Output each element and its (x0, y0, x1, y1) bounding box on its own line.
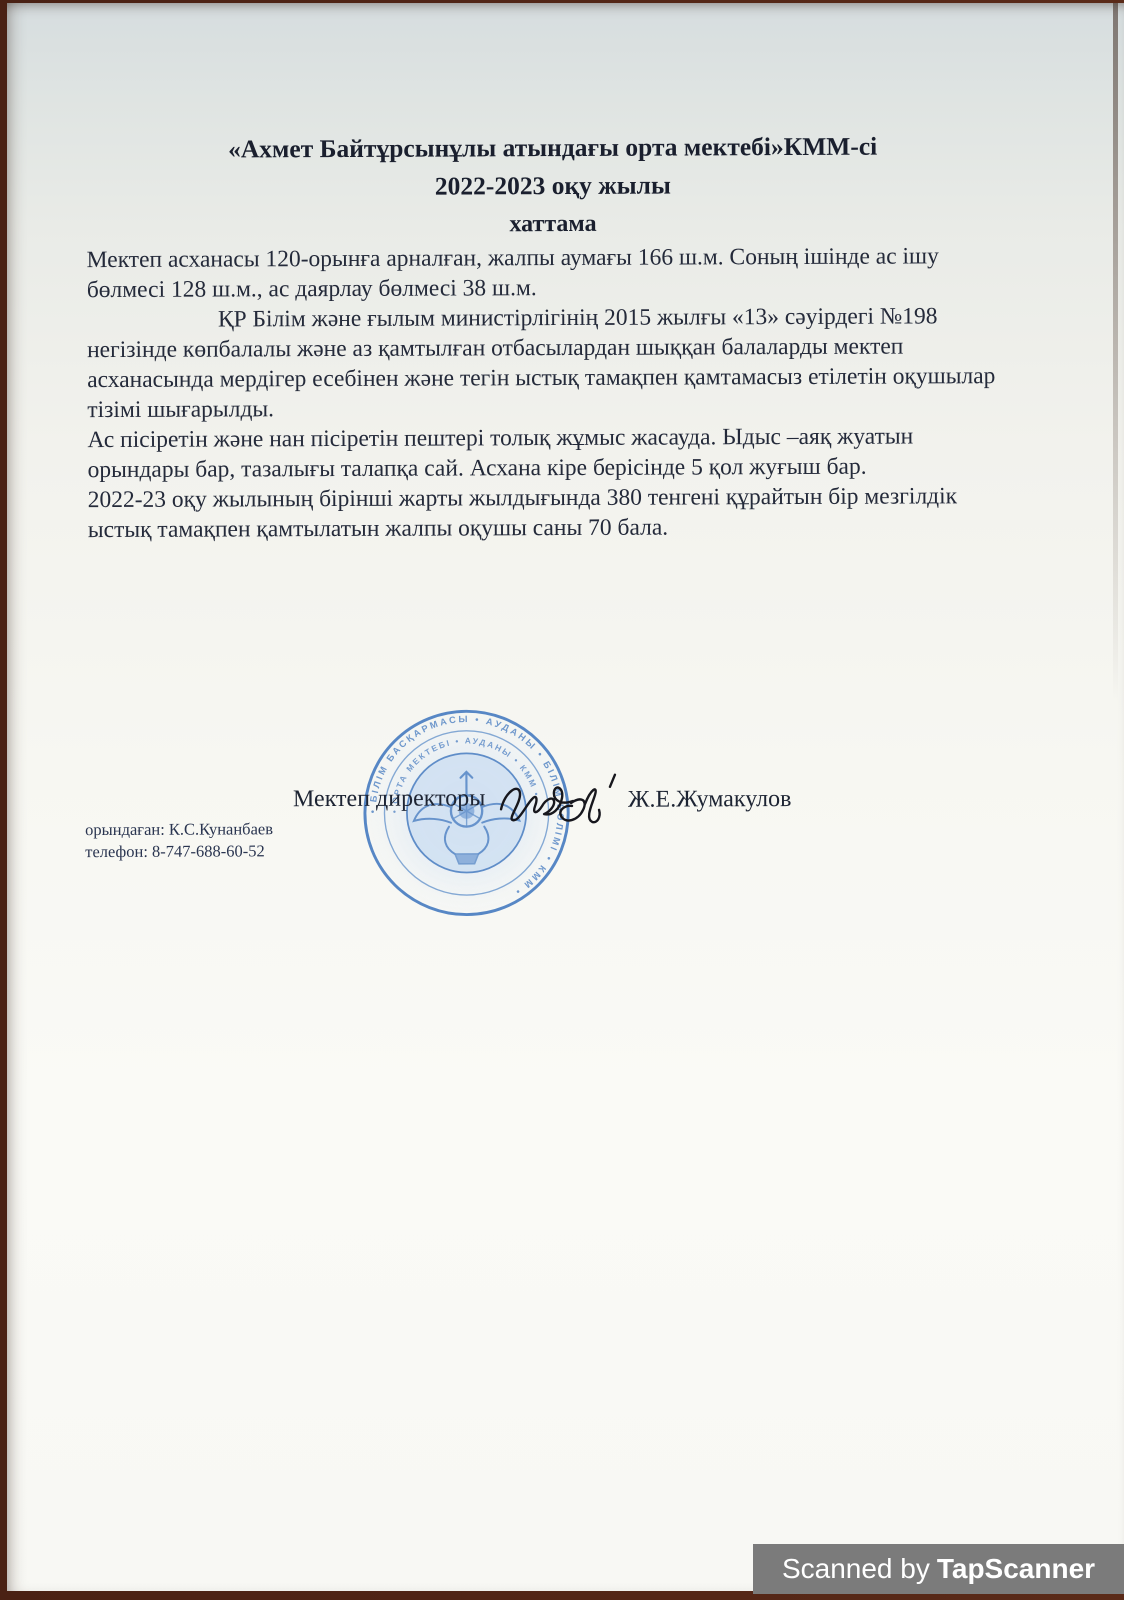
executor-line: орындаған: К.С.Кунанбаев (85, 818, 273, 841)
document-body: «Ахмет Байтұрсынұлы атындағы орта мектеб… (86, 127, 1021, 545)
paragraph-canteen-capacity: Мектеп асханасы 120-орынға арналған, жал… (87, 241, 1020, 305)
director-name: Ж.Е.Жумакулов (628, 786, 792, 814)
paragraph-meal-coverage: 2022-23 оқу жылының бірінші жарты жылдығ… (88, 481, 1021, 545)
director-role-label: Мектеп директоры (293, 785, 485, 813)
paragraph-ministry-order: ҚР Білім және ғылым министірлігінің 2015… (87, 301, 1021, 425)
executor-phone: телефон: 8-747-688-60-52 (85, 840, 273, 863)
watermark-prefix: Scanned by (782, 1553, 930, 1585)
watermark-brand: TapScanner (937, 1553, 1095, 1585)
document-content: «Ахмет Байтұрсынұлы атындағы орта мектеб… (4, 1, 1124, 1594)
scanned-page: «Ахмет Байтұрсынұлы атындағы орта мектеб… (7, 3, 1124, 1591)
title-school-name: «Ахмет Байтұрсынұлы атындағы орта мектеб… (86, 127, 1019, 169)
document-title: «Ахмет Байтұрсынұлы атындағы орта мектеб… (86, 127, 1019, 245)
document-paragraphs: Мектеп асханасы 120-орынға арналған, жал… (87, 241, 1021, 545)
director-signature (493, 759, 633, 846)
title-school-year: 2022-2023 оқу жылы (86, 165, 1019, 207)
tapscanner-watermark: Scanned by TapScanner (753, 1544, 1124, 1594)
title-protocol-label: хаттама (86, 203, 1019, 245)
paragraph-ovens-hygiene: Ас пісіретін және нан пісіретін пештері … (87, 421, 1020, 485)
executor-block: орындаған: К.С.Кунанбаев телефон: 8-747-… (85, 818, 273, 863)
